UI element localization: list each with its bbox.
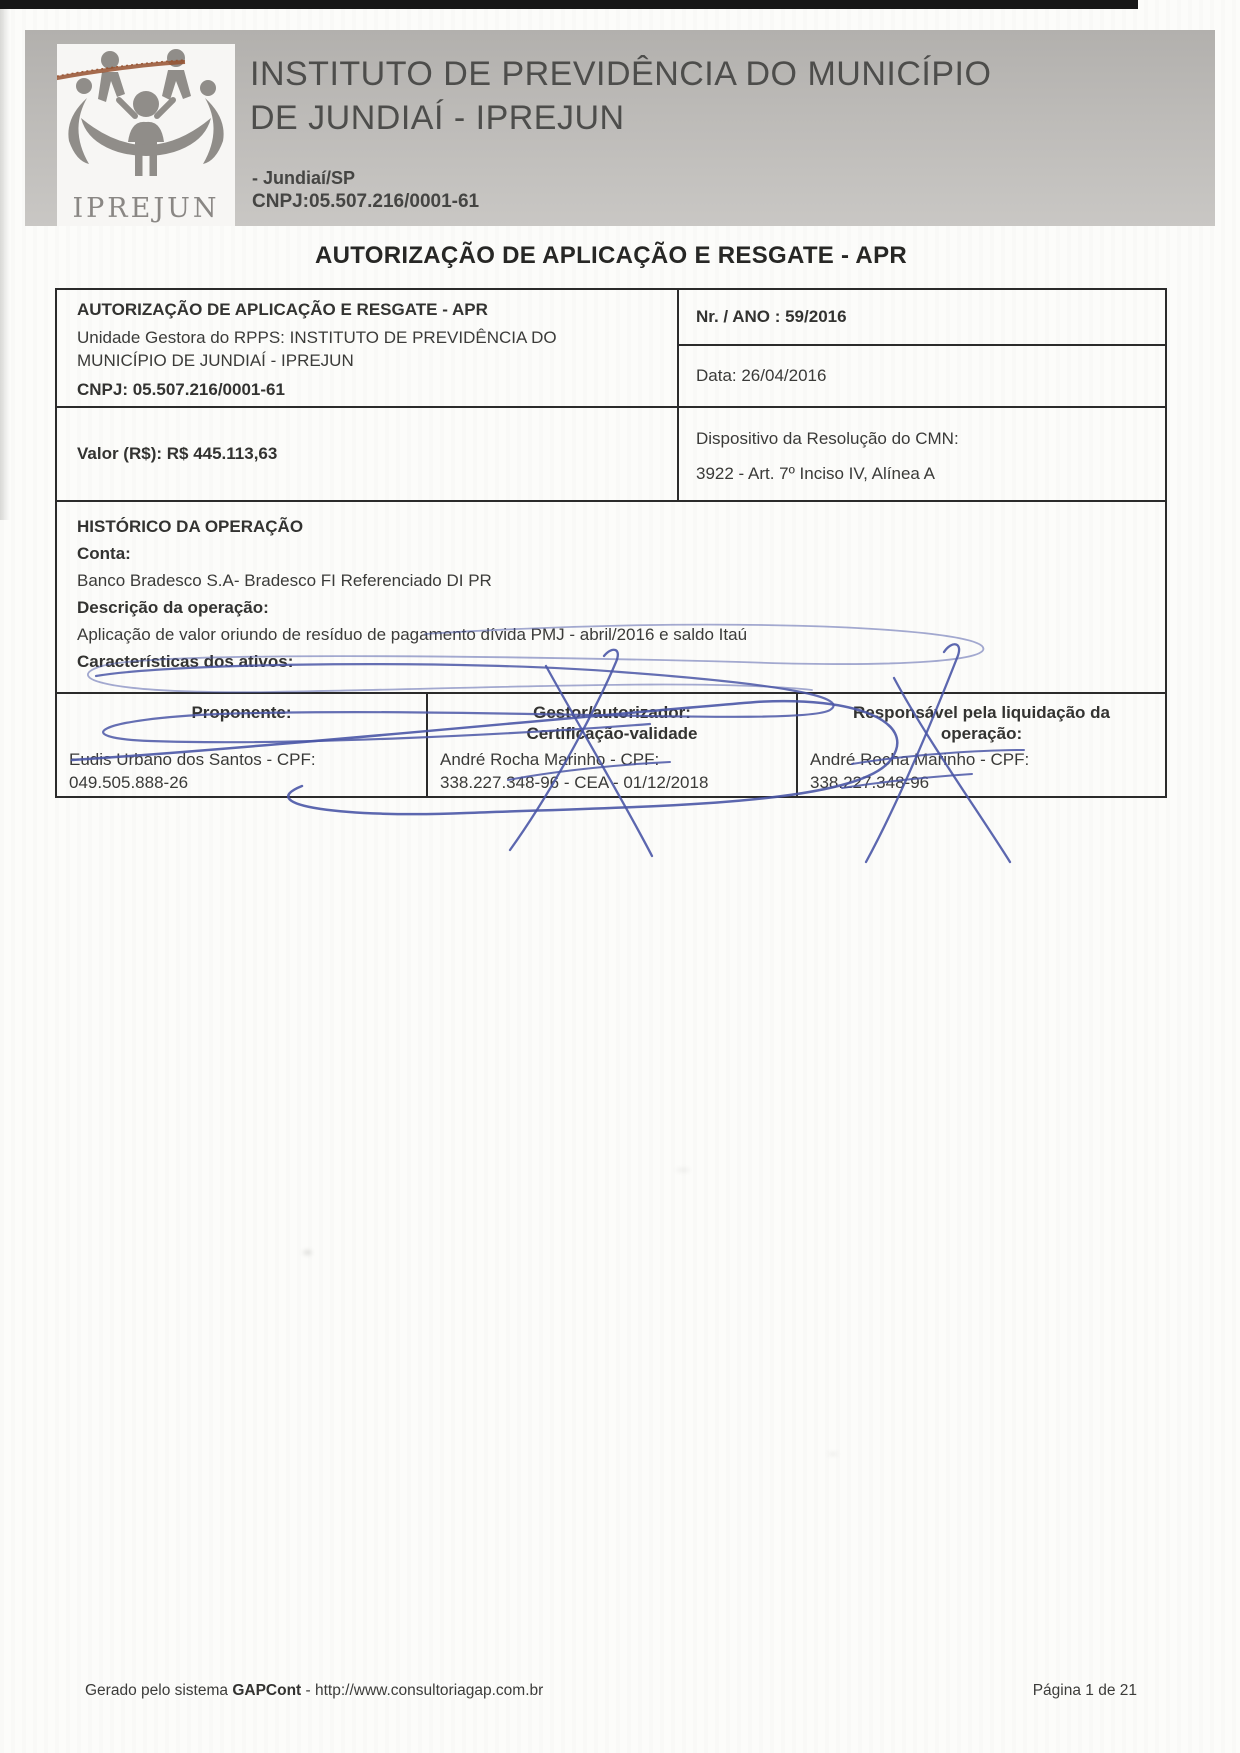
unidade-gestora-text: Unidade Gestora do RPPS: INSTITUTO DE PR… <box>77 326 557 372</box>
apr-info-table: AUTORIZAÇÃO DE APLICAÇÃO E RESGATE - APR… <box>55 288 1167 502</box>
signature-cell-proponente: Proponente: Eudis Urbano dos Santos - CP… <box>57 694 428 796</box>
role-proponente-line1: Proponente: <box>57 702 426 723</box>
signature-table: Proponente: Eudis Urbano dos Santos - CP… <box>55 692 1167 798</box>
footer-generated-by: Gerado pelo sistema GAPCont - http://www… <box>85 1682 543 1700</box>
org-subinfo: - Jundiaí/SP CNPJ:05.507.216/0001-61 <box>252 166 479 214</box>
descricao-value: Aplicação de valor oriundo de resíduo de… <box>77 621 1145 648</box>
role-gestor-line1: Gestor/autorizador: <box>428 702 796 723</box>
info-row-2: Valor (R$): R$ 445.113,63 Dispositivo da… <box>57 406 1165 500</box>
signature-cell-gestor: Gestor/autorizador: Certificação-validad… <box>428 694 798 796</box>
role-gestor-line2: Certificação-validade <box>428 723 796 744</box>
scan-black-strip <box>0 0 1138 9</box>
pen-mark-red <box>57 60 185 80</box>
dispositivo-value: 3922 - Art. 7º Inciso IV, Alínea A <box>696 456 1165 491</box>
org-name-line2: DE JUNDIAÍ - IPREJUN <box>250 96 991 140</box>
info-row-1: AUTORIZAÇÃO DE APLICAÇÃO E RESGATE - APR… <box>57 290 1165 406</box>
caracteristicas-label: Características dos ativos: <box>77 648 1145 675</box>
historico-title: HISTÓRICO DA OPERAÇÃO <box>77 513 1145 540</box>
role-proponente: Proponente: <box>57 702 426 746</box>
info-right-column: Nr. / ANO : 59/2016 Data: 26/04/2016 <box>679 290 1165 406</box>
signer-liquidacao-name: André Rocha Marinho - CPF: <box>810 748 1153 771</box>
scan-smudge <box>676 1168 690 1172</box>
footer-prefix: Gerado pelo sistema <box>85 1682 232 1699</box>
signer-proponente-cpf: 049.505.888-26 <box>69 771 414 794</box>
descricao-label: Descrição da operação: <box>77 594 1145 621</box>
cell-nr-ano: Nr. / ANO : 59/2016 <box>679 290 1165 346</box>
logo-wordmark: IPREJUN <box>57 193 235 224</box>
org-cnpj: CNPJ:05.507.216/0001-61 <box>252 190 479 214</box>
role-liquidacao-line2: operação: <box>798 723 1165 744</box>
footer-url: - http://www.consultoriagap.com.br <box>301 1682 543 1699</box>
cell-valor: Valor (R$): R$ 445.113,63 <box>57 408 679 500</box>
role-liquidacao: Responsável pela liquidação da operação: <box>798 702 1165 746</box>
role-gestor: Gestor/autorizador: Certificação-validad… <box>428 702 796 746</box>
org-name: INSTITUTO DE PREVIDÊNCIA DO MUNICÍPIO DE… <box>250 52 991 140</box>
signer-liquidacao: André Rocha Marinho - CPF: 338.227.348-9… <box>798 746 1165 794</box>
historico-box: HISTÓRICO DA OPERAÇÃO Conta: Banco Brade… <box>55 500 1167 694</box>
scan-smudge <box>828 1452 838 1456</box>
signer-gestor-name: André Rocha Marinho - CPF: <box>440 748 784 771</box>
footer-system-name: GAPCont <box>232 1682 301 1699</box>
conta-label: Conta: <box>77 540 1145 567</box>
cnpj-text: CNPJ: 05.507.216/0001-61 <box>77 380 657 400</box>
dispositivo-label: Dispositivo da Resolução do CMN: <box>696 421 1165 456</box>
signer-liquidacao-cpf: 338.227.348-96 <box>810 771 1153 794</box>
signer-gestor-cpf: 338.227.348-96 - CEA - 01/12/2018 <box>440 771 784 794</box>
cell-data: Data: 26/04/2016 <box>679 346 1165 406</box>
role-liquidacao-line1: Responsável pela liquidação da <box>798 702 1165 723</box>
scanned-document-page: { "header": { "logo_text": "IPREJUN", "o… <box>0 0 1240 1753</box>
form-title: AUTORIZAÇÃO DE APLICAÇÃO E RESGATE - APR <box>77 300 657 320</box>
iprejun-logo-icon <box>57 48 235 198</box>
iprejun-logo: IPREJUN <box>57 44 235 226</box>
org-city: - Jundiaí/SP <box>252 166 479 190</box>
cell-dispositivo: Dispositivo da Resolução do CMN: 3922 - … <box>679 408 1165 500</box>
conta-value: Banco Bradesco S.A- Bradesco FI Referenc… <box>77 567 1145 594</box>
signer-proponente-name: Eudis Urbano dos Santos - CPF: <box>69 748 414 771</box>
signature-cell-liquidacao: Responsável pela liquidação da operação:… <box>798 694 1165 796</box>
scan-smudge <box>303 1250 312 1255</box>
cell-unidade-gestora: AUTORIZAÇÃO DE APLICAÇÃO E RESGATE - APR… <box>57 290 679 406</box>
signer-gestor: André Rocha Marinho - CPF: 338.227.348-9… <box>428 746 796 794</box>
org-name-line1: INSTITUTO DE PREVIDÊNCIA DO MUNICÍPIO <box>250 52 991 96</box>
document-title: AUTORIZAÇÃO DE APLICAÇÃO E RESGATE - APR <box>0 242 1222 270</box>
signer-proponente: Eudis Urbano dos Santos - CPF: 049.505.8… <box>57 746 426 794</box>
footer-page-number: Página 1 de 21 <box>1033 1682 1137 1700</box>
